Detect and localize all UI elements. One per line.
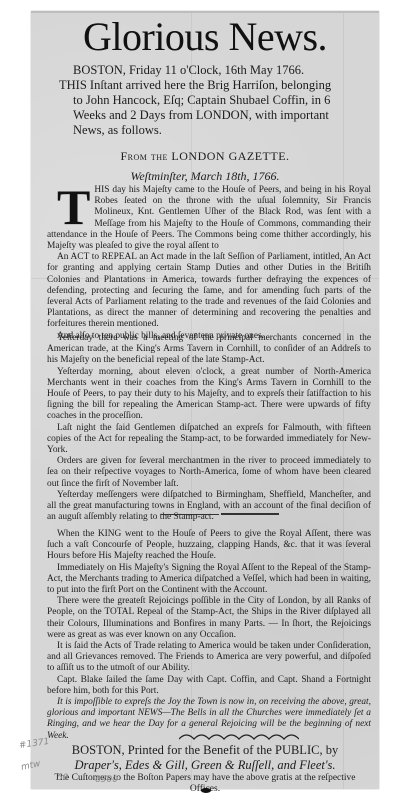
section-merchants: Yeſterday there was a meeting of the pri… — [47, 333, 371, 523]
paragraph: THIS day his Majeſty came to the Houſe o… — [47, 185, 371, 252]
paragraph: It is ſaid the Acts of Trade relating to… — [47, 641, 371, 675]
imprint-printers: Draper's, Edes & Gill, Green & Ruſſell, … — [31, 758, 379, 773]
ornament-squiggle — [179, 731, 299, 743]
paragraph: Orders are given for ſeveral merchantmen… — [47, 456, 371, 490]
marginal-note: 50 — [57, 773, 68, 783]
paragraph: An ACT to REPEAL an Act made in the laſt… — [47, 252, 371, 330]
imprint-line: BOSTON, Printed for the Benefit of the P… — [31, 743, 379, 758]
paragraph: Laſt night the ſaid Gentlemen diſpatched… — [47, 423, 371, 457]
drop-cap: T — [57, 187, 90, 227]
header-block: BOSTON, Friday 11 o'Clock, 16th May 1766… — [49, 63, 369, 138]
section-divider — [161, 514, 219, 515]
broadside-sheet: Glorious News. BOSTON, Friday 11 o'Clock… — [31, 11, 379, 789]
header-line: Weeks and 2 Days from LONDON, with impor… — [49, 108, 369, 123]
paragraph: Yeſterday there was a meeting of the pri… — [47, 333, 371, 367]
paragraph: When the KING went to the Houſe of Peers… — [47, 529, 371, 563]
dateline: BOSTON, Friday 11 o'Clock, 16th May 1766… — [49, 63, 369, 78]
header-line: THIS Inſtant arrived here the Brig Harri… — [49, 78, 369, 93]
marginal-note: 6300 — [95, 775, 118, 785]
paragraph: Immediately on His Majeſty's Signing the… — [47, 563, 371, 597]
section-royal-assent: THIS day his Majeſty came to the Houſe o… — [47, 185, 371, 342]
section-rejoicing: When the KING went to the Houſe of Peers… — [47, 529, 371, 742]
paragraph: Yeſterday meſſengers were diſpatched to … — [47, 490, 371, 524]
header-line: to John Hancock, Eſq; Captain Shubael Co… — [49, 93, 369, 108]
ink-blot — [201, 788, 211, 793]
page-title: Glorious News. — [31, 15, 379, 59]
imprint-note: The Cuſtomers to the Boſton Papers may h… — [31, 773, 379, 784]
header-line: News, as follows. — [49, 123, 369, 138]
paragraph: Yeſterday morning, about eleven o'clock,… — [47, 367, 371, 423]
source-heading: From the LONDON GAZETTE. — [31, 149, 379, 164]
section-divider — [221, 513, 279, 515]
paragraph: Capt. Blake ſailed the ſame Day with Cap… — [47, 675, 371, 697]
paragraph: There were the greateſt Rejoicings poſſi… — [47, 596, 371, 641]
